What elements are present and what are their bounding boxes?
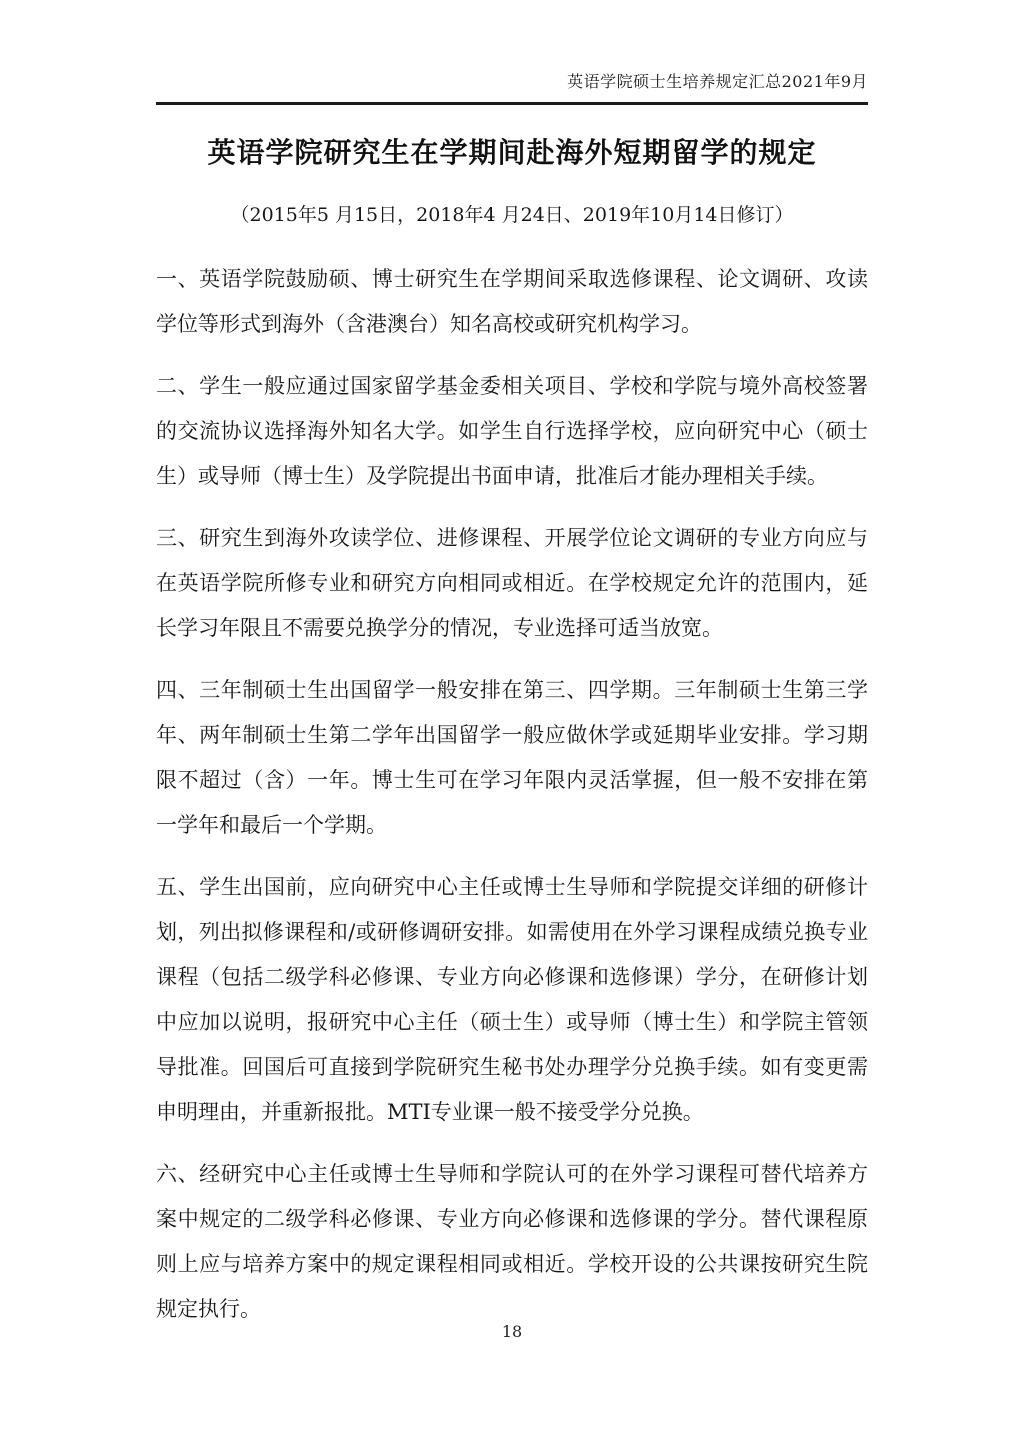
paragraph-5: 五、学生出国前，应向研究中心主任或博士生导师和学院提交详细的研修计划，列出拟修课… [156,865,868,1135]
paragraph-6: 六、经研究中心主任或博士生导师和学院认可的在外学习课程可替代培养方案中规定的二级… [156,1152,868,1332]
header-rule-divider [156,102,868,105]
paragraph-4: 四、三年制硕士生出国留学一般安排在第三、四学期。三年制硕士生第三学年、两年制硕士… [156,668,868,848]
page-title: 英语学院研究生在学期间赴海外短期留学的规定 [156,135,868,171]
document-page: 英语学院硕士生培养规定汇总2021年9月 英语学院研究生在学期间赴海外短期留学的… [0,0,1024,1447]
body-text: 一、英语学院鼓励硕、博士研究生在学期间采取选修课程、论文调研、攻读学位等形式到海… [156,257,868,1332]
page-number: 18 [0,1322,1024,1341]
paragraph-1: 一、英语学院鼓励硕、博士研究生在学期间采取选修课程、论文调研、攻读学位等形式到海… [156,257,868,347]
paragraph-2: 二、学生一般应通过国家留学基金委相关项目、学校和学院与境外高校签署的交流协议选择… [156,364,868,499]
paragraph-3: 三、研究生到海外攻读学位、进修课程、开展学位论文调研的专业方向应与在英语学院所修… [156,516,868,651]
revision-date-line: （2015年5 月15日，2018年4 月24日、2019年10月14日修订） [156,203,868,227]
page-content: 英语学院硕士生培养规定汇总2021年9月 英语学院研究生在学期间赴海外短期留学的… [156,0,868,1332]
running-header: 英语学院硕士生培养规定汇总2021年9月 [156,0,868,92]
